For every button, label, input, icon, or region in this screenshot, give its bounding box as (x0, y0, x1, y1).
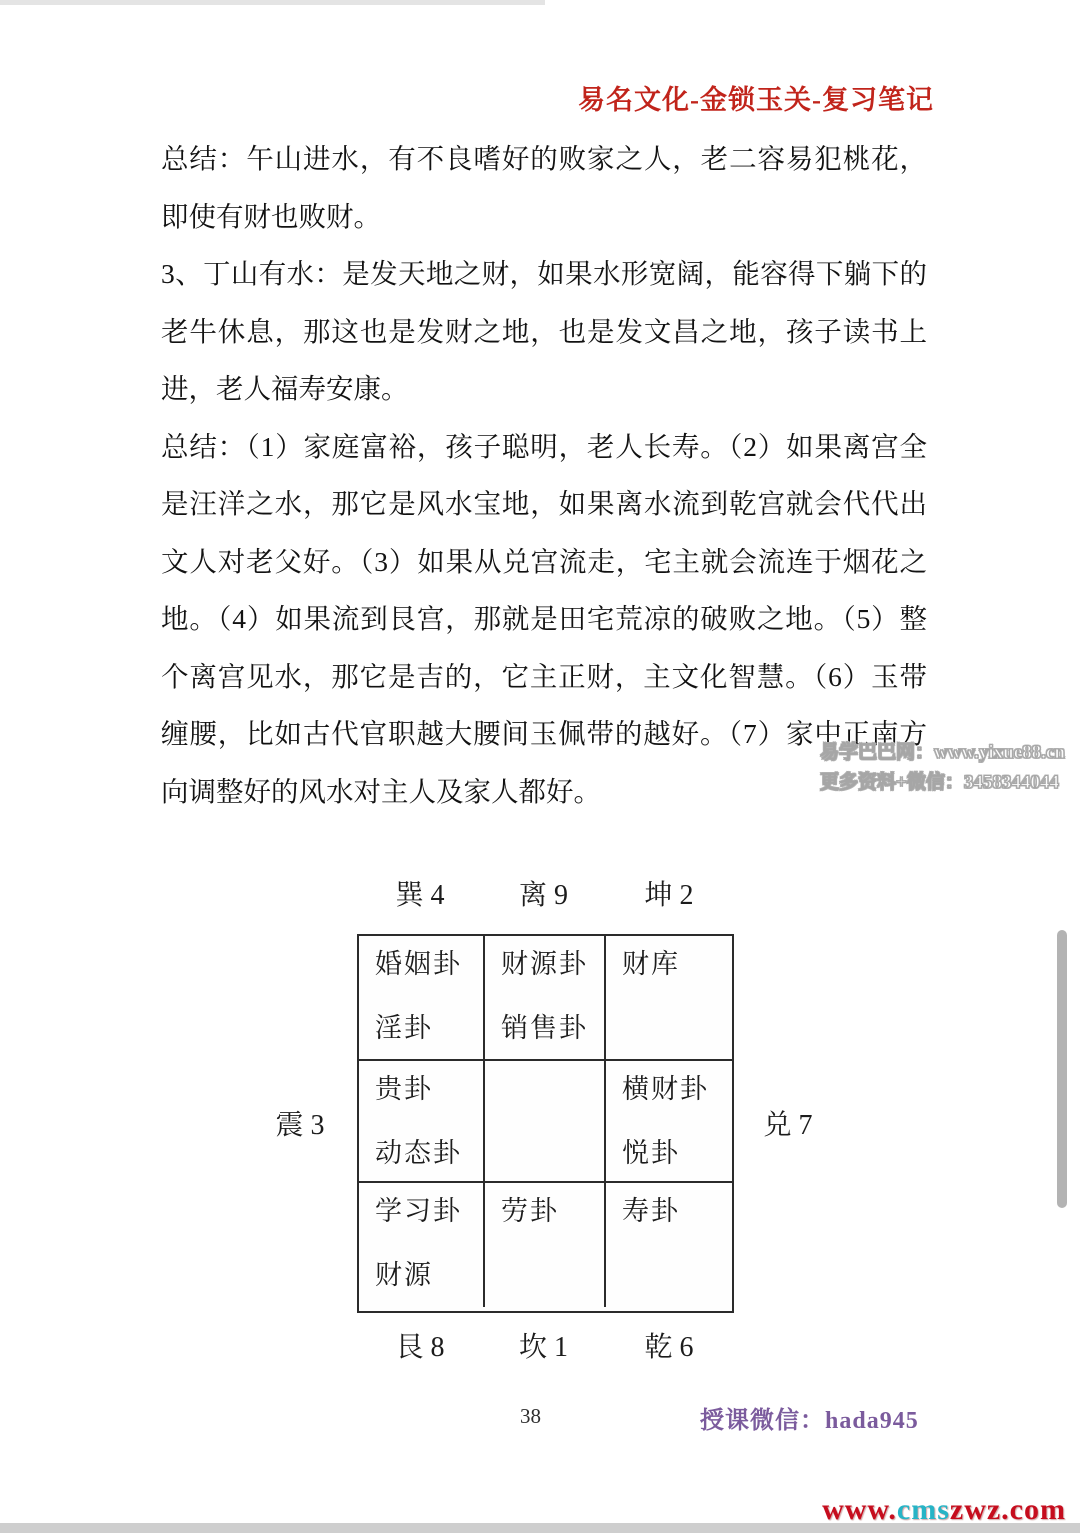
bagua-diagram: 巽 4 离 9 坤 2 震 3 兑 7 婚姻卦 淫卦 财源卦 销售卦 财库 贵卦… (357, 873, 734, 1393)
grid-cell-qian: 寿卦 (606, 1183, 732, 1307)
tutor-wechat-contact: 授课微信：hada945 (700, 1400, 919, 1435)
top-label-xun: 巽 4 (357, 873, 483, 913)
site-url-www: www. (822, 1493, 897, 1526)
bottom-label-gen: 艮 8 (357, 1325, 483, 1365)
grid-cell-li: 财源卦 销售卦 (485, 936, 606, 1061)
document-page: 易名文化-金锁玉关-复习笔记 总结：午山进水，有不良嗜好的败家之人，老二容易犯桃… (0, 0, 1080, 1533)
bottom-bar (0, 1523, 1080, 1533)
page-title: 易名文化-金锁玉关-复习笔记 (578, 78, 934, 117)
site-url-cms: cms (897, 1493, 950, 1526)
scrollbar-thumb[interactable] (1057, 930, 1067, 1208)
cell-line: 动态卦 (375, 1139, 479, 1167)
cell-line: 财库 (622, 950, 728, 978)
grid-cell-xun: 婚姻卦 淫卦 (359, 936, 485, 1061)
watermark-line-2: 更多资料+微信：3458344044 (820, 768, 1070, 798)
paragraph-summary-ding: 总结：（1）家庭富裕，孩子聪明，老人长寿。（2）如果离宫全是汪洋之水，那它是风水… (161, 418, 927, 821)
cell-line: 劳卦 (501, 1197, 600, 1225)
left-label-zhen: 震 3 (265, 1103, 335, 1143)
watermark: 易学巴巴网：www.yixue88.cn 更多资料+微信：3458344044 (820, 738, 1070, 798)
body-text: 总结：午山进水，有不良嗜好的败家之人，老二容易犯桃花，即使有财也败财。 3、丁山… (161, 130, 927, 820)
paragraph-ding-shan: 3、丁山有水：是发天地之财，如果水形宽阔，能容得下躺下的老牛休息，那这也是发财之… (161, 245, 927, 418)
cell-line: 横财卦 (622, 1075, 728, 1103)
top-edge-strip (0, 0, 545, 5)
bottom-label-kan: 坎 1 (483, 1325, 604, 1365)
cell-line: 婚姻卦 (375, 950, 479, 978)
grid-cell-zhen: 贵卦 动态卦 (359, 1061, 485, 1183)
bottom-label-qian: 乾 6 (604, 1325, 734, 1365)
cell-line: 财源 (375, 1261, 479, 1289)
top-label-kun: 坤 2 (604, 873, 734, 913)
top-label-li: 离 9 (483, 873, 604, 913)
site-url-rest: zwz.com (950, 1493, 1066, 1526)
grid-cell-gen: 学习卦 财源 (359, 1183, 485, 1307)
site-url: www.cmszwz.com (822, 1493, 1066, 1527)
grid-cell-kan: 劳卦 (485, 1183, 606, 1307)
cell-line: 销售卦 (501, 1014, 600, 1042)
cell-line: 财源卦 (501, 950, 600, 978)
watermark-line-1: 易学巴巴网：www.yixue88.cn (820, 738, 1070, 768)
cell-line: 悦卦 (622, 1139, 728, 1167)
bagua-grid: 婚姻卦 淫卦 财源卦 销售卦 财库 贵卦 动态卦 横财卦 悦卦 (357, 934, 734, 1313)
cell-line: 寿卦 (622, 1197, 728, 1225)
grid-cell-dui: 横财卦 悦卦 (606, 1061, 732, 1183)
page-number: 38 (520, 1404, 541, 1429)
cell-line: 贵卦 (375, 1075, 479, 1103)
cell-line: 学习卦 (375, 1197, 479, 1225)
cell-line: 淫卦 (375, 1014, 479, 1042)
grid-cell-kun: 财库 (606, 936, 732, 1061)
paragraph-summary-wu: 总结：午山进水，有不良嗜好的败家之人，老二容易犯桃花，即使有财也败财。 (161, 130, 927, 245)
grid-cell-center (485, 1061, 606, 1183)
right-label-dui: 兑 7 (753, 1103, 823, 1143)
